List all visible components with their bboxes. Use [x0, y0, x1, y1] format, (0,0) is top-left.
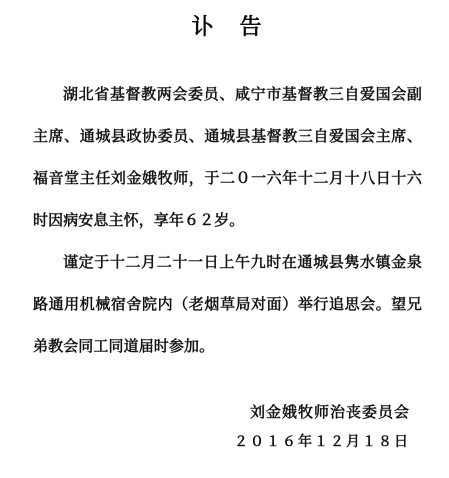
- document-title: 讣 告: [33, 12, 422, 42]
- document-body: 湖北省基督教两会委员、咸宁市基督教三自爱国会副主席、通城县政协委员、通城县基督教…: [33, 74, 422, 368]
- paragraph-deceased-info: 湖北省基督教两会委员、咸宁市基督教三自爱国会副主席、通城县政协委员、通城县基督教…: [33, 74, 422, 242]
- signature-block: 刘金娥牧师治丧委员会 ２０１６年１２月１８日: [33, 398, 422, 456]
- signature-date: ２０１６年１２月１８日: [33, 427, 410, 456]
- paragraph-memorial-arrangement: 谨定于十二月二十一日上午九时在通城县隽水镇金泉路通用机械宿舍院内（老烟草局对面）…: [33, 242, 422, 368]
- obituary-notice-page: 讣 告 湖北省基督教两会委员、咸宁市基督教三自爱国会副主席、通城县政协委员、通城…: [0, 0, 449, 478]
- signature-committee: 刘金娥牧师治丧委员会: [33, 398, 410, 427]
